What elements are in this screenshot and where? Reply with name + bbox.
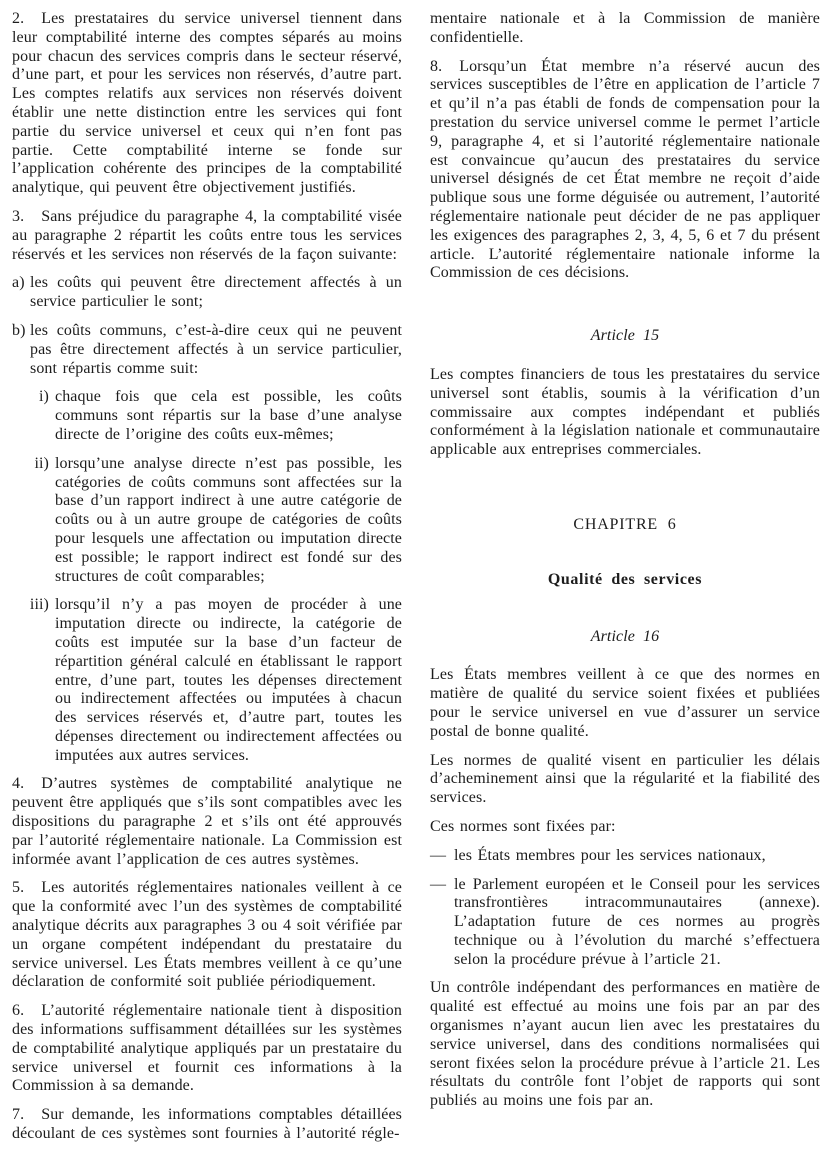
chapter-6-heading: CHAPITRE 6 xyxy=(430,516,820,535)
article-16-paragraph-1: Les États membres veillent à ce que des … xyxy=(430,666,820,741)
paragraph-5-number: 5. xyxy=(12,879,41,896)
dash-item-2: — le Parlement européen et le Conseil po… xyxy=(430,876,820,970)
article-15-heading: Article 15 xyxy=(430,327,820,346)
document-page: 2.Les prestataires du service universel … xyxy=(0,0,835,1174)
paragraph-3-number: 3. xyxy=(12,208,41,225)
sub-item-ii: ii) lorsqu’une analyse directe n’est pas… xyxy=(25,455,402,587)
list-item-a: a) les coûts qui peuvent être directemen… xyxy=(12,274,402,312)
paragraph-6-number: 6. xyxy=(12,1002,41,1019)
sub-item-iii-text: lorsqu’il n’y a pas moyen de procéder à … xyxy=(55,596,402,765)
article-15-body: Les comptes financiers de tous les prest… xyxy=(430,366,820,460)
article-16-paragraph-4: Un contrôle indépendant des performances… xyxy=(430,979,820,1111)
paragraph-8-number: 8. xyxy=(430,58,459,75)
sub-item-ii-label: ii) xyxy=(25,455,55,587)
paragraph-6: 6.L’autorité réglementaire nationale tie… xyxy=(12,1002,402,1096)
roman-sub-list: i) chaque fois que cela est possible, le… xyxy=(12,388,402,765)
right-column: mentaire nationale et à la Commission de… xyxy=(430,10,820,1154)
paragraph-3: 3.Sans préjudice du paragraphe 4, la com… xyxy=(12,208,402,264)
paragraph-7-number: 7. xyxy=(12,1106,41,1123)
paragraph-3-text: Sans préjudice du paragraphe 4, la compt… xyxy=(12,208,402,263)
list-item-a-label: a) xyxy=(12,274,30,312)
paragraph-4-number: 4. xyxy=(12,775,41,792)
article-16-paragraph-2: Les normes de qualité visent en particul… xyxy=(430,752,820,808)
paragraph-7: 7.Sur demande, les informations comptabl… xyxy=(12,1106,402,1144)
paragraph-4-text: D’autres systèmes de comptabilité analyt… xyxy=(12,775,402,867)
paragraph-5: 5.Les autorités réglementaires nationale… xyxy=(12,879,402,992)
list-item-b-text: les coûts communs, c’est-à-dire ceux qui… xyxy=(30,322,402,378)
paragraph-2: 2.Les prestataires du service universel … xyxy=(12,10,402,198)
left-column: 2.Les prestataires du service universel … xyxy=(12,10,402,1154)
article-16-heading: Article 16 xyxy=(430,628,820,647)
paragraph-5-text: Les autorités réglementaires nationales … xyxy=(12,879,402,990)
sub-item-i-label: i) xyxy=(25,388,55,444)
paragraph-2-text: Les prestataires du service universel ti… xyxy=(12,10,402,196)
list-item-a-text: les coûts qui peuvent être directement a… xyxy=(30,274,402,312)
dash-item-2-text: le Parlement européen et le Conseil pour… xyxy=(454,876,820,970)
paragraph-8-text: Lorsqu’un État membre n’a réservé aucun … xyxy=(430,58,820,282)
chapter-6-title: Qualité des services xyxy=(430,571,820,590)
sub-item-iii: iii) lorsqu’il n’y a pas moyen de procéd… xyxy=(25,596,402,765)
dash-item-1: — les États membres pour les services na… xyxy=(430,847,820,866)
sub-item-ii-text: lorsqu’une analyse directe n’est pas pos… xyxy=(55,455,402,587)
dash-item-1-marker: — xyxy=(430,847,454,866)
sub-item-i: i) chaque fois que cela est possible, le… xyxy=(25,388,402,444)
paragraph-7-continuation: mentaire nationale et à la Commission de… xyxy=(430,10,820,48)
article-16-paragraph-3: Ces normes sont fixées par: xyxy=(430,818,820,837)
paragraph-4: 4.D’autres systèmes de comptabilité anal… xyxy=(12,775,402,869)
paragraph-2-number: 2. xyxy=(12,10,41,27)
paragraph-8: 8.Lorsqu’un État membre n’a réservé aucu… xyxy=(430,58,820,284)
list-item-b: b) les coûts communs, c’est-à-dire ceux … xyxy=(12,322,402,378)
paragraph-6-text: L’autorité réglementaire nationale tient… xyxy=(12,1002,402,1094)
list-item-b-label: b) xyxy=(12,322,30,378)
paragraph-7-text: Sur demande, les informations comptables… xyxy=(12,1106,402,1142)
dash-item-2-marker: — xyxy=(430,876,454,970)
dash-item-1-text: les États membres pour les services nati… xyxy=(454,847,820,866)
sub-item-iii-label: iii) xyxy=(25,596,55,765)
sub-item-i-text: chaque fois que cela est possible, les c… xyxy=(55,388,402,444)
two-column-layout: 2.Les prestataires du service universel … xyxy=(12,10,819,1154)
